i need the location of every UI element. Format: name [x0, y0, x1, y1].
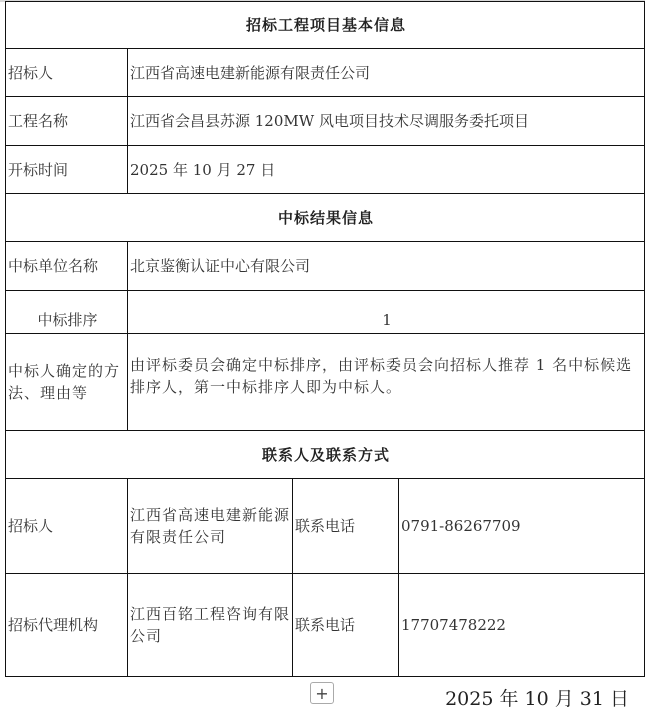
- label-tenderer: 招标人: [6, 49, 128, 97]
- contact-org: 江西百铭工程咨询有限公司: [128, 574, 293, 677]
- add-row-button[interactable]: +: [310, 682, 334, 704]
- contact-phone: 17707478222: [399, 574, 645, 677]
- plus-icon: +: [315, 684, 328, 703]
- contact-phone-label: 联系电话: [293, 574, 399, 677]
- value-tenderer: 江西省高速电建新能源有限责任公司: [128, 49, 645, 97]
- label-bid-opening-time: 开标时间: [6, 146, 128, 194]
- contact-row: 招标人 江西省高速电建新能源有限责任公司 联系电话 0791-86267709: [6, 479, 645, 574]
- label-winning-rank: 中标排序: [6, 291, 128, 334]
- contact-org: 江西省高速电建新能源有限责任公司: [128, 479, 293, 574]
- contact-role: 招标人: [6, 479, 128, 574]
- value-winning-unit: 北京鉴衡认证中心有限公司: [128, 242, 645, 291]
- contact-role: 招标代理机构: [6, 574, 128, 677]
- contact-phone-label: 联系电话: [293, 479, 399, 574]
- section-title-contacts: 联系人及联系方式: [6, 431, 645, 479]
- announcement-date: 2025 年 10 月 31 日: [445, 684, 629, 711]
- value-project-name: 江西省会昌县苏源 120MW 风电项目技术尽调服务委托项目: [128, 97, 645, 146]
- value-determination-method: 由评标委员会确定中标排序，由评标委员会向招标人推荐 1 名中标候选排序人，第一中…: [128, 334, 645, 431]
- value-winning-rank: 1: [128, 291, 645, 334]
- label-determination-method: 中标人确定的方法、理由等: [6, 334, 128, 431]
- section-title-basic-info: 招标工程项目基本信息: [6, 2, 645, 49]
- label-winning-unit: 中标单位名称: [6, 242, 128, 291]
- contact-phone: 0791-86267709: [399, 479, 645, 574]
- contact-row: 招标代理机构 江西百铭工程咨询有限公司 联系电话 17707478222: [6, 574, 645, 677]
- bid-result-table: 招标工程项目基本信息 招标人 江西省高速电建新能源有限责任公司 工程名称 江西省…: [5, 1, 645, 677]
- value-bid-opening-time: 2025 年 10 月 27 日: [128, 146, 645, 194]
- label-project-name: 工程名称: [6, 97, 128, 146]
- section-title-result-info: 中标结果信息: [6, 194, 645, 242]
